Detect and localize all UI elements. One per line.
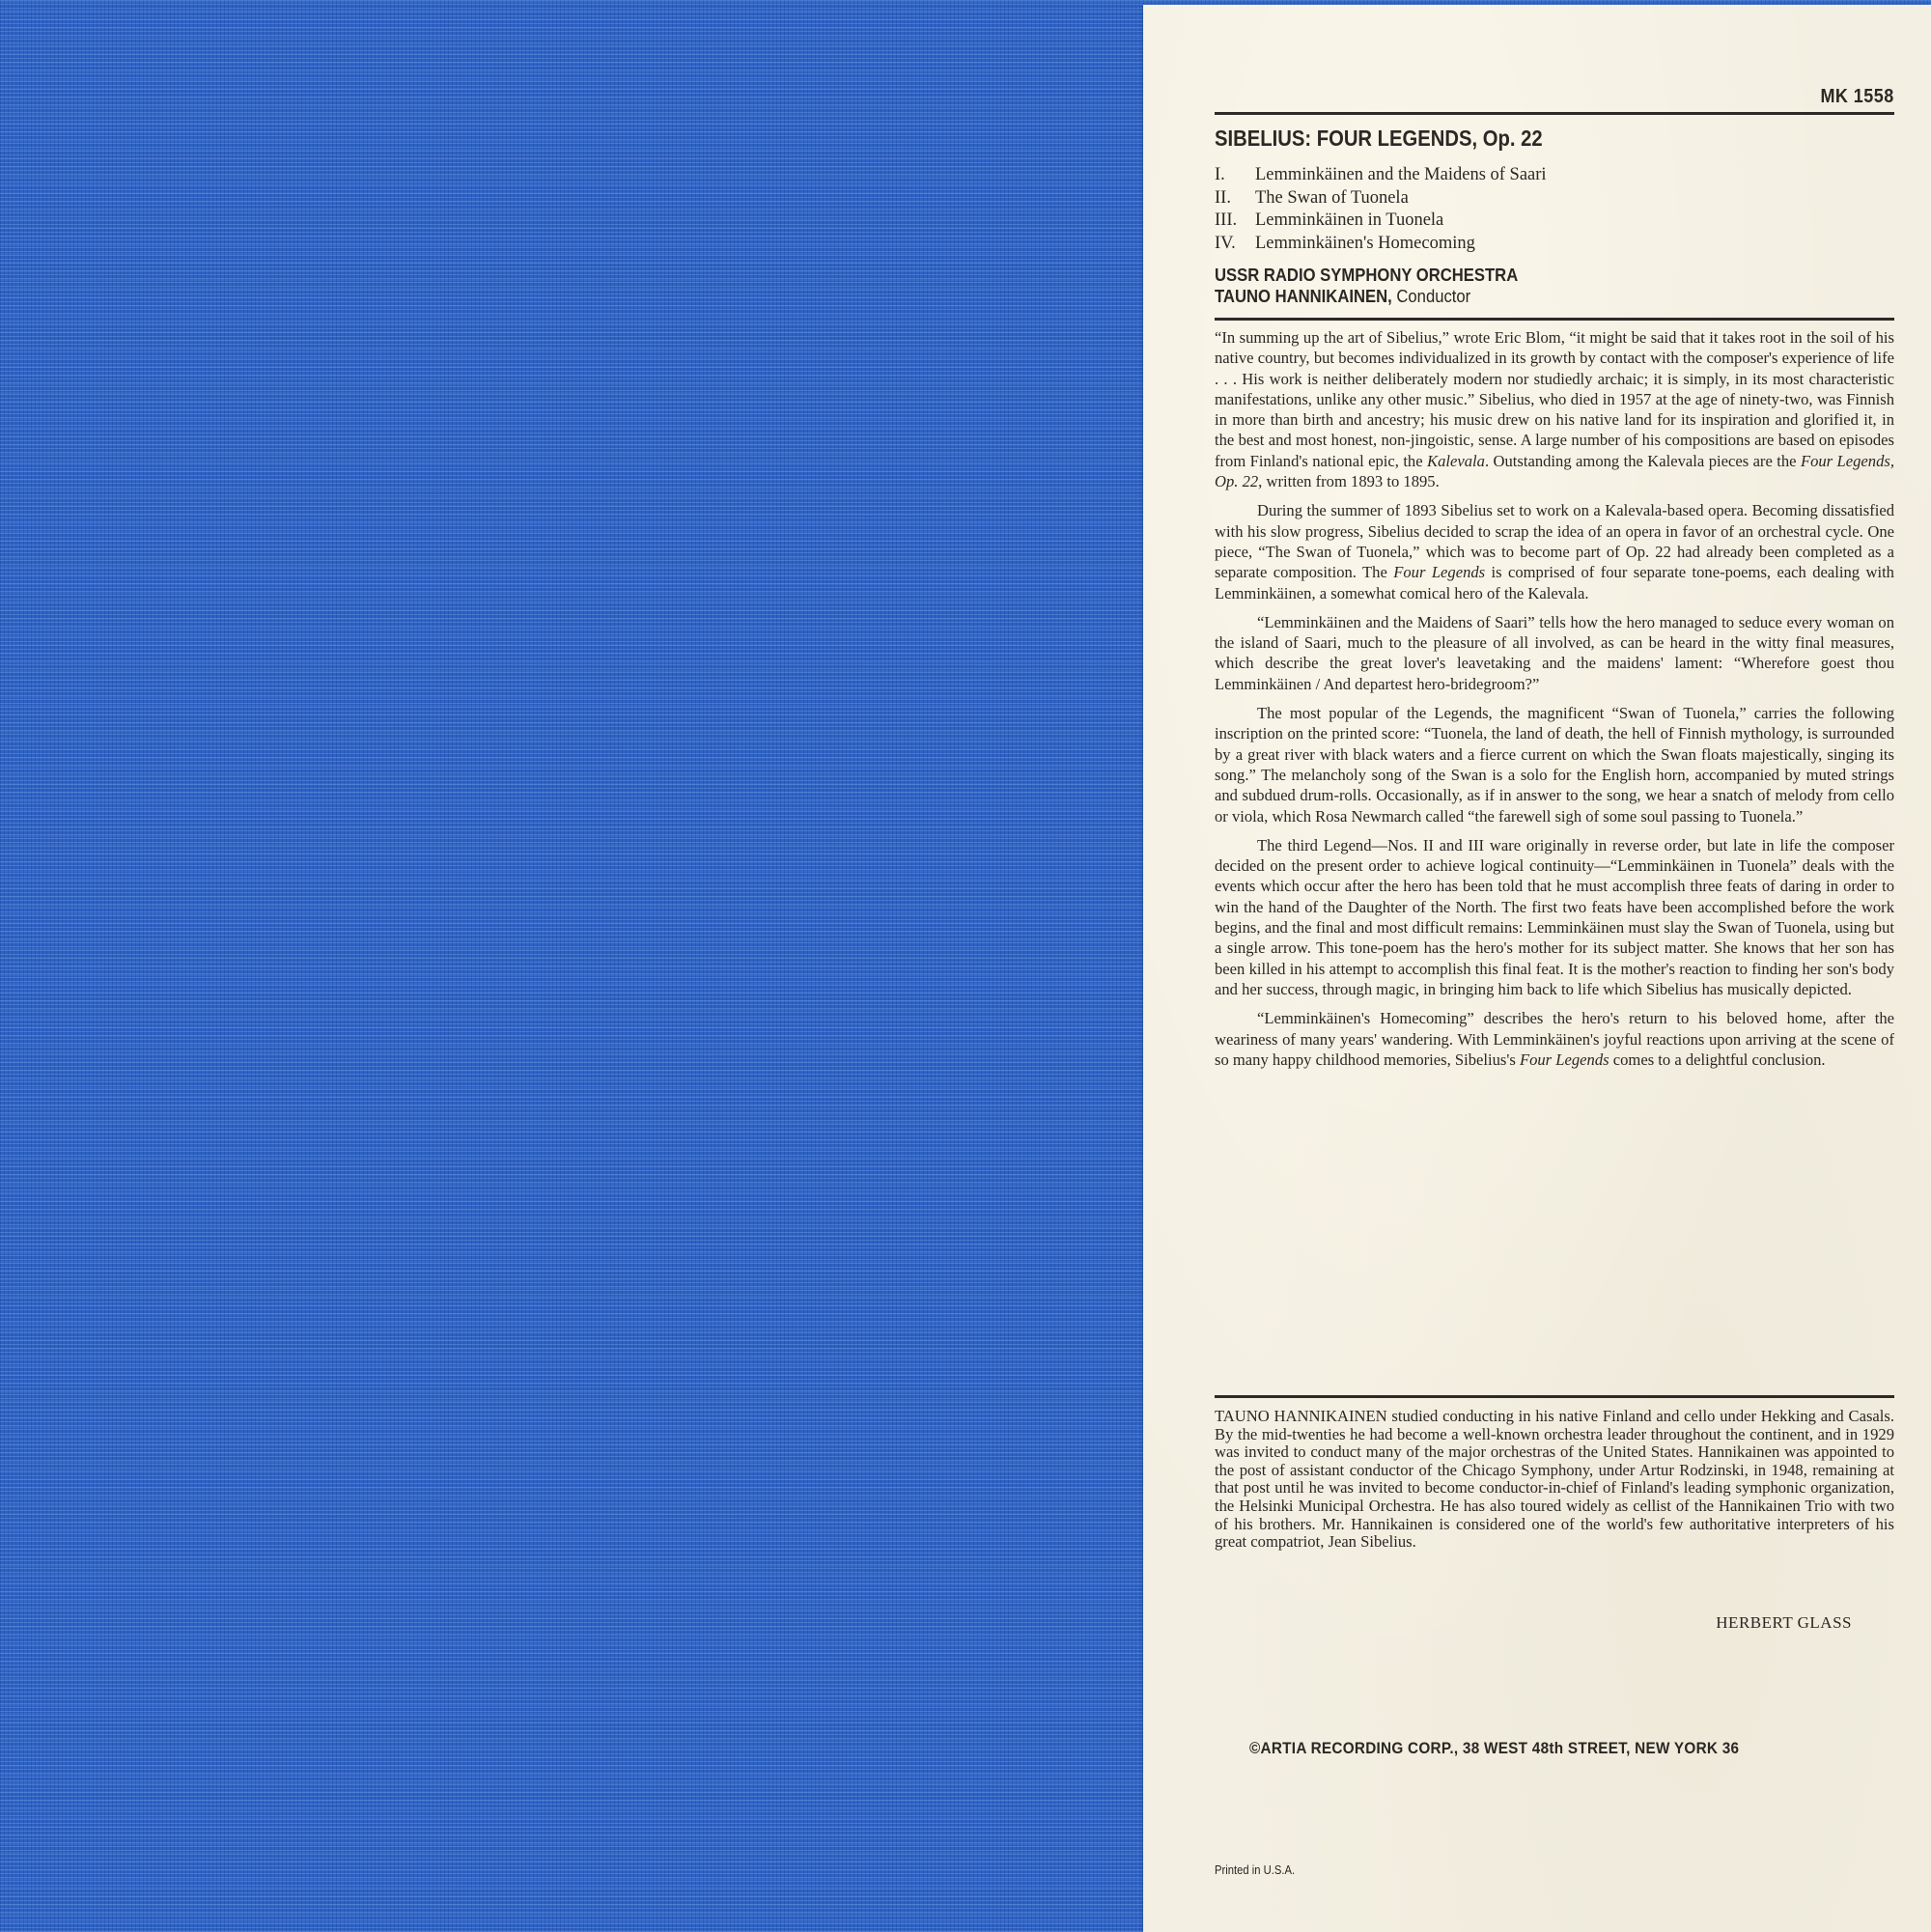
conductor-bio: TAUNO HANNIKAINEN studied conducting in … — [1215, 1408, 1894, 1552]
track-item: III.Lemminkäinen in Tuonela — [1215, 210, 1547, 233]
credits-rule — [1215, 318, 1894, 321]
notes-paragraph: “Lemminkäinen's Homecoming” describes th… — [1215, 1008, 1894, 1070]
copyright-line: ©ARTIA RECORDING CORP., 38 WEST 48th STR… — [1249, 1739, 1739, 1758]
author-signature: HERBERT GLASS — [1716, 1613, 1852, 1633]
notes-paragraph: “Lemminkäinen and the Maidens of Saari” … — [1215, 612, 1894, 694]
performer-credits: USSR RADIO SYMPHONY ORCHESTRA TAUNO HANN… — [1215, 265, 1518, 307]
liner-notes-panel: MK 1558 SIBELIUS: FOUR LEGENDS, Op. 22 I… — [1143, 5, 1931, 1932]
track-item: I.Lemminkäinen and the Maidens of Saari — [1215, 164, 1547, 187]
track-item: II.The Swan of Tuonela — [1215, 187, 1547, 210]
printed-in-usa: Printed in U.S.A. — [1215, 1863, 1295, 1877]
notes-paragraph: “In summing up the art of Sibelius,” wro… — [1215, 327, 1894, 491]
catalog-number: MK 1558 — [1821, 86, 1894, 108]
header-rule — [1215, 112, 1894, 115]
bio-rule — [1215, 1395, 1894, 1398]
liner-notes-body: “In summing up the art of Sibelius,” wro… — [1215, 327, 1894, 1078]
notes-paragraph: During the summer of 1893 Sibelius set t… — [1215, 500, 1894, 602]
conductor-role: Conductor — [1392, 286, 1470, 306]
conductor-name: TAUNO HANNIKAINEN, — [1215, 286, 1392, 306]
notes-paragraph: The most popular of the Legends, the mag… — [1215, 703, 1894, 826]
track-list: I.Lemminkäinen and the Maidens of Saari … — [1215, 164, 1547, 255]
orchestra-name: USSR RADIO SYMPHONY ORCHESTRA — [1215, 265, 1518, 286]
track-item: IV.Lemminkäinen's Homecoming — [1215, 233, 1547, 256]
bio-paragraph: TAUNO HANNIKAINEN studied conducting in … — [1215, 1408, 1894, 1552]
album-title: SIBELIUS: FOUR LEGENDS, Op. 22 — [1215, 126, 1543, 152]
notes-paragraph: The third Legend—Nos. II and III ware or… — [1215, 835, 1894, 999]
conductor-credit: TAUNO HANNIKAINEN, Conductor — [1215, 286, 1518, 307]
